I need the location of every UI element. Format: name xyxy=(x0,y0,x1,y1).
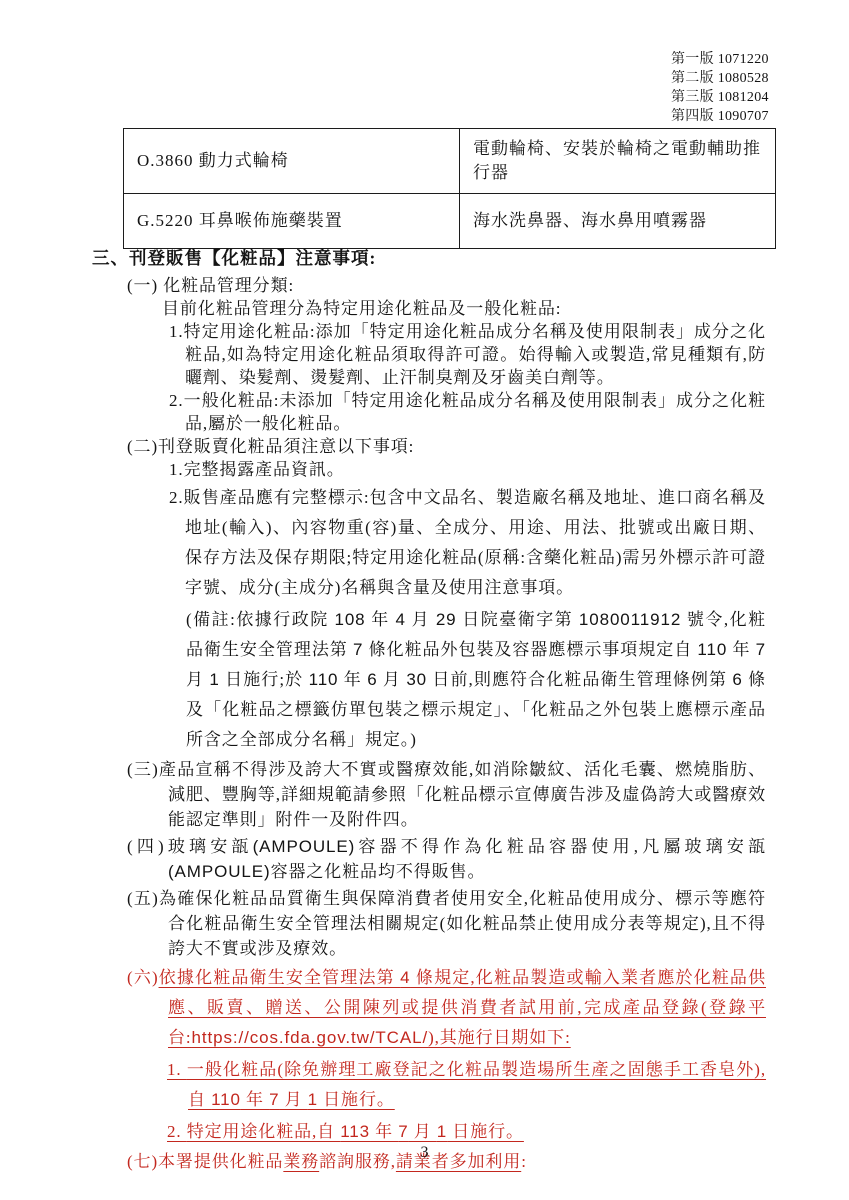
text-segment: 完整揭露產品資訊。 xyxy=(184,460,345,479)
text-segment: 一般化粧品:未添加「特定用途化粧品成分名稱及使用限制表」成分之化粧品,屬於一般化… xyxy=(184,391,766,433)
document-page: 第一版 1071220 第二版 1080528 第三版 1081204 第四版 … xyxy=(0,0,849,1200)
text-segment: 1080011912 xyxy=(579,610,681,629)
text-segment: 產品宣稱不得涉及誇大不實或醫療效能,如消除皺紋、活化毛囊、燃燒脂肪、減肥、豐胸等… xyxy=(159,760,766,829)
text-segment: 日施行。 xyxy=(318,1090,395,1109)
paragraph-item-1-sub-2: 2.一般化粧品:未添加「特定用途化粧品成分名稱及使用限制表」成分之化粧品,屬於一… xyxy=(92,389,766,435)
text-segment: 113 xyxy=(340,1122,370,1141)
text-segment: 容器不得作為化粧品容器使用,凡屬玻璃安瓿 xyxy=(355,837,766,856)
paragraph-item-2-sub-2: 2.販售產品應有完整標示:包含中文品名、製造廠名稱及地址、進口商名稱及地址(輸入… xyxy=(92,483,766,603)
paragraph-item-2-sub-1: 1.完整揭露產品資訊。 xyxy=(92,458,766,481)
revision-line: 第一版 1071220 xyxy=(671,50,769,69)
text-segment: 7 xyxy=(269,1090,279,1109)
paragraph-item-2: (二)刊登販賣化粧品須注意以下事項: xyxy=(92,435,766,458)
paragraph-list: (一) 化粧品管理分類:目前化粧品管理分為特定用途化粧品及一般化粧品:1.特定用… xyxy=(92,274,766,1174)
paragraph-label: (一) xyxy=(127,276,163,295)
text-segment: 年 xyxy=(338,670,367,689)
device-category-cell: O.3860 動力式輪椅 xyxy=(124,129,460,194)
device-examples-cell: 電動輪椅、安裝於輪椅之電動輔助推行器 xyxy=(460,129,776,194)
paragraph-item-3: (三)產品宣稱不得涉及誇大不實或醫療效能,如消除皺紋、活化毛囊、燃燒脂肪、減肥、… xyxy=(92,757,766,832)
text-segment: 玻璃安瓿 xyxy=(165,837,253,856)
paragraph-item-6-sub-1: 1. 一般化粧品(除免辦理工廠登記之化粧品製造場所生產之固態手工香皂外),自 1… xyxy=(92,1055,766,1115)
text-segment: 7 xyxy=(353,640,363,659)
revision-line: 第三版 1081204 xyxy=(671,88,769,107)
text-segment: 販售產品應有完整標示:包含中文品名、製造廠名稱及地址、進口商名稱及地址(輸入)、… xyxy=(184,488,766,597)
text-segment: 110 xyxy=(309,670,339,689)
paragraph-item-6-sub-2: 2. 特定用途化粧品,自 113 年 7 月 1 日施行。 xyxy=(92,1117,766,1147)
paragraph-label: 2. xyxy=(169,391,184,410)
revision-line: 第二版 1080528 xyxy=(671,69,769,88)
revision-history: 第一版 1071220 第二版 1080528 第三版 1081204 第四版 … xyxy=(671,50,769,126)
paragraph-label: (四) xyxy=(127,837,165,856)
text-segment: (AMPOULE) xyxy=(168,862,271,881)
text-segment: 日院臺衛字第 xyxy=(457,610,579,629)
paragraph-item-1: (一) 化粧品管理分類: xyxy=(92,274,766,297)
text-segment: 月 xyxy=(409,1122,437,1141)
text-segment: 7 xyxy=(398,1122,408,1141)
text-segment: 1 xyxy=(437,1122,447,1141)
text-segment: 月 xyxy=(378,670,407,689)
text-segment: 6 xyxy=(732,670,742,689)
text-segment: 30 xyxy=(406,670,427,689)
paragraph-label: 2. xyxy=(167,1122,187,1141)
text-segment: 年 xyxy=(370,1122,398,1141)
paragraph-item-4: (四)玻璃安瓿(AMPOULE)容器不得作為化粧品容器使用,凡屬玻璃安瓿(AMP… xyxy=(92,834,766,884)
paragraph-label: 1. xyxy=(169,322,184,341)
page-number: 3 xyxy=(0,1144,849,1162)
text-segment: 容器之化粧品均不得販售。 xyxy=(271,862,486,881)
text-segment: 108 xyxy=(334,610,365,629)
text-segment: (AMPOULE) xyxy=(253,837,356,856)
paragraph-label: (五) xyxy=(127,889,159,908)
medical-device-table: O.3860 動力式輪椅 電動輪椅、安裝於輪椅之電動輔助推行器 G.5220 耳… xyxy=(123,128,776,249)
table-row: O.3860 動力式輪椅 電動輪椅、安裝於輪椅之電動輔助推行器 xyxy=(124,129,776,194)
text-segment: 6 xyxy=(367,670,377,689)
paragraph-label: (二) xyxy=(127,437,158,456)
text-segment: 條化粧品外包裝及容器應標示事項規定自 xyxy=(363,640,697,659)
text-segment: 刊登販賣化粧品須注意以下事項: xyxy=(158,437,414,456)
text-segment: 日施行;於 xyxy=(220,670,309,689)
text-segment: 110 xyxy=(211,1090,241,1109)
text-segment: https://cos.fda.gov.tw/TCAL/ xyxy=(192,1028,429,1047)
device-category-cell: G.5220 耳鼻喉佈施藥裝置 xyxy=(124,194,460,249)
paragraph-item-5: (五)為確保化粧品品質衛生與保障消費者使用安全,化粧品使用成分、標示等應符合化粧… xyxy=(92,886,766,961)
text-segment: 4 xyxy=(396,610,406,629)
text-segment: 月 xyxy=(279,1090,307,1109)
text-segment: 110 xyxy=(697,640,727,659)
text-segment: 目前化粧品管理分為特定用途化粧品及一般化粧品: xyxy=(162,299,561,318)
text-segment: 4 xyxy=(400,968,410,987)
revision-line: 第四版 1090707 xyxy=(671,107,769,126)
text-segment: 1 xyxy=(308,1090,318,1109)
text-segment: 月 xyxy=(406,610,436,629)
paragraph-item-1-sub-1: 1.特定用途化粧品:添加「特定用途化粧品成分名稱及使用限制表」成分之化粧品,如為… xyxy=(92,320,766,389)
paragraph-label: 1. xyxy=(169,460,184,479)
text-segment: (備註:依據行政院 xyxy=(186,610,334,629)
text-segment: 月 xyxy=(186,670,209,689)
paragraph-label: 1. xyxy=(167,1060,187,1079)
text-segment: 1 xyxy=(209,670,219,689)
text-segment: 日前,則應符合化粧品衛生管理條例第 xyxy=(427,670,732,689)
paragraph-label: (六) xyxy=(127,968,159,987)
text-segment: 年 xyxy=(366,610,396,629)
section-heading: 三、刊登販售【化粧品】注意事項: xyxy=(92,246,766,271)
paragraph-item-2-note: (備註:依據行政院 108 年 4 月 29 日院臺衛字第 1080011912… xyxy=(92,605,766,755)
text-segment: 年 xyxy=(727,640,755,659)
paragraph-label: 2. xyxy=(169,488,184,507)
paragraph-item-1-intro: 目前化粧品管理分為特定用途化粧品及一般化粧品: xyxy=(92,297,766,320)
text-segment: 為確保化粧品品質衛生與保障消費者使用安全,化粧品使用成分、標示等應符合化粧品衛生… xyxy=(159,889,766,958)
text-segment: 29 xyxy=(436,610,457,629)
device-examples-cell: 海水洗鼻器、海水鼻用噴霧器 xyxy=(460,194,776,249)
text-segment: 化粧品管理分類: xyxy=(163,276,294,295)
text-segment: 特定用途化粧品,自 xyxy=(187,1122,341,1141)
text-segment: 年 xyxy=(241,1090,269,1109)
paragraph-label: (三) xyxy=(127,760,159,779)
text-segment: 依據化粧品衛生安全管理法第 xyxy=(159,968,401,987)
text-segment: 日施行。 xyxy=(447,1122,524,1141)
text-segment: 特定用途化粧品:添加「特定用途化粧品成分名稱及使用限制表」成分之化粧品,如為特定… xyxy=(184,322,766,387)
text-segment: 7 xyxy=(756,640,766,659)
table-row: G.5220 耳鼻喉佈施藥裝置 海水洗鼻器、海水鼻用噴霧器 xyxy=(124,194,776,249)
paragraph-item-6: (六)依據化粧品衛生安全管理法第 4 條規定,化粧品製造或輸入業者應於化粧品供應… xyxy=(92,963,766,1053)
text-segment: ),其施行日期如下: xyxy=(428,1028,571,1047)
section-content: 三、刊登販售【化粧品】注意事項: (一) 化粧品管理分類:目前化粧品管理分為特定… xyxy=(92,246,766,1174)
